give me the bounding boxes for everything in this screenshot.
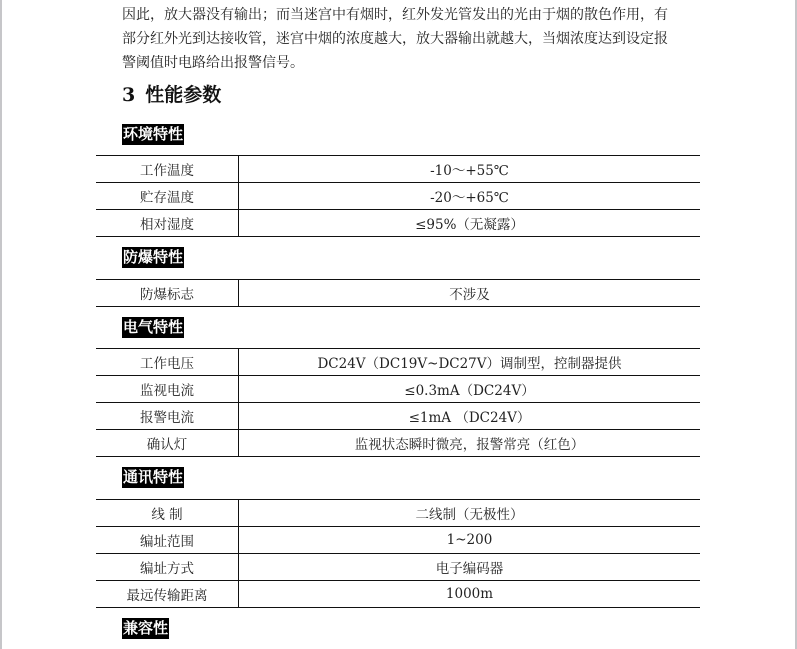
page-edge-left: [0, 0, 2, 649]
table-row: 工作温度 -10～+55℃: [96, 156, 700, 183]
table-row: 监视电流 ≤0.3mA（DC24V）: [96, 376, 700, 403]
table-row: 相对湿度 ≤95%（无凝露）: [96, 210, 700, 237]
spec-value: DC24V（DC19V~DC27V）调制型，控制器提供: [239, 349, 701, 376]
spec-key: 贮存温度: [96, 183, 239, 210]
table-row: 线 制 二线制（无极性）: [96, 500, 700, 527]
spec-value: 电子编码器: [239, 554, 701, 581]
group-label-explosion-proof: 防爆特性: [122, 247, 184, 268]
spec-key: 监视电流: [96, 376, 239, 403]
table-row: 最远传输距离 1000m: [96, 581, 700, 608]
spec-value: -10～+55℃: [239, 156, 701, 183]
spec-key: 工作电压: [96, 349, 239, 376]
spec-key: 相对湿度: [96, 210, 239, 237]
group-label-electrical: 电气特性: [122, 317, 184, 338]
spec-value: 监视状态瞬时微亮，报警常亮（红色）: [239, 430, 701, 457]
spec-key: 防爆标志: [96, 280, 239, 307]
spec-key: 确认灯: [96, 430, 239, 457]
spec-value: ≤0.3mA（DC24V）: [239, 376, 701, 403]
spec-value: -20～+65℃: [239, 183, 701, 210]
section-number: 3: [122, 84, 135, 106]
spec-table-electrical: 工作电压 DC24V（DC19V~DC27V）调制型，控制器提供 监视电流 ≤0…: [96, 348, 700, 457]
table-row: 工作电压 DC24V（DC19V~DC27V）调制型，控制器提供: [96, 349, 700, 376]
spec-key: 编址方式: [96, 554, 239, 581]
paragraph-line: 警阈值时电路给出报警信号。: [122, 51, 682, 75]
section-title: 性能参数: [145, 84, 221, 106]
spec-key: 工作温度: [96, 156, 239, 183]
intro-paragraph: 因此，放大器没有输出；而当迷宫中有烟时，红外发光管发出的光由于烟的散色作用，有 …: [122, 3, 682, 75]
spec-table-explosion-proof: 防爆标志 不涉及: [96, 279, 700, 307]
spec-table-communication: 线 制 二线制（无极性） 编址范围 1~200 编址方式 电子编码器 最远传输距…: [96, 499, 700, 608]
paragraph-line: 部分红外光到达接收管，迷宫中烟的浓度越大，放大器输出就越大，当烟浓度达到设定报: [122, 27, 682, 51]
section-heading: 3性能参数: [122, 80, 221, 107]
table-row: 确认灯 监视状态瞬时微亮，报警常亮（红色）: [96, 430, 700, 457]
spec-key: 最远传输距离: [96, 581, 239, 608]
spec-value: 1~200: [239, 527, 701, 554]
spec-key: 线 制: [96, 500, 239, 527]
spec-value: 不涉及: [239, 280, 701, 307]
paragraph-line: 因此，放大器没有输出；而当迷宫中有烟时，红外发光管发出的光由于烟的散色作用，有: [122, 3, 682, 27]
table-row: 编址方式 电子编码器: [96, 554, 700, 581]
table-row: 报警电流 ≤1mA （DC24V）: [96, 403, 700, 430]
spec-value: ≤95%（无凝露）: [239, 210, 701, 237]
group-label-compatibility: 兼容性: [122, 618, 169, 639]
spec-value: ≤1mA （DC24V）: [239, 403, 701, 430]
spec-value: 1000m: [239, 581, 701, 608]
spec-value: 二线制（无极性）: [239, 500, 701, 527]
table-row: 编址范围 1~200: [96, 527, 700, 554]
spec-key: 编址范围: [96, 527, 239, 554]
group-label-environment: 环境特性: [122, 124, 184, 145]
spec-key: 报警电流: [96, 403, 239, 430]
spec-table-environment: 工作温度 -10～+55℃ 贮存温度 -20～+65℃ 相对湿度 ≤95%（无凝…: [96, 155, 700, 237]
table-row: 贮存温度 -20～+65℃: [96, 183, 700, 210]
table-row: 防爆标志 不涉及: [96, 280, 700, 307]
group-label-communication: 通讯特性: [122, 467, 184, 488]
